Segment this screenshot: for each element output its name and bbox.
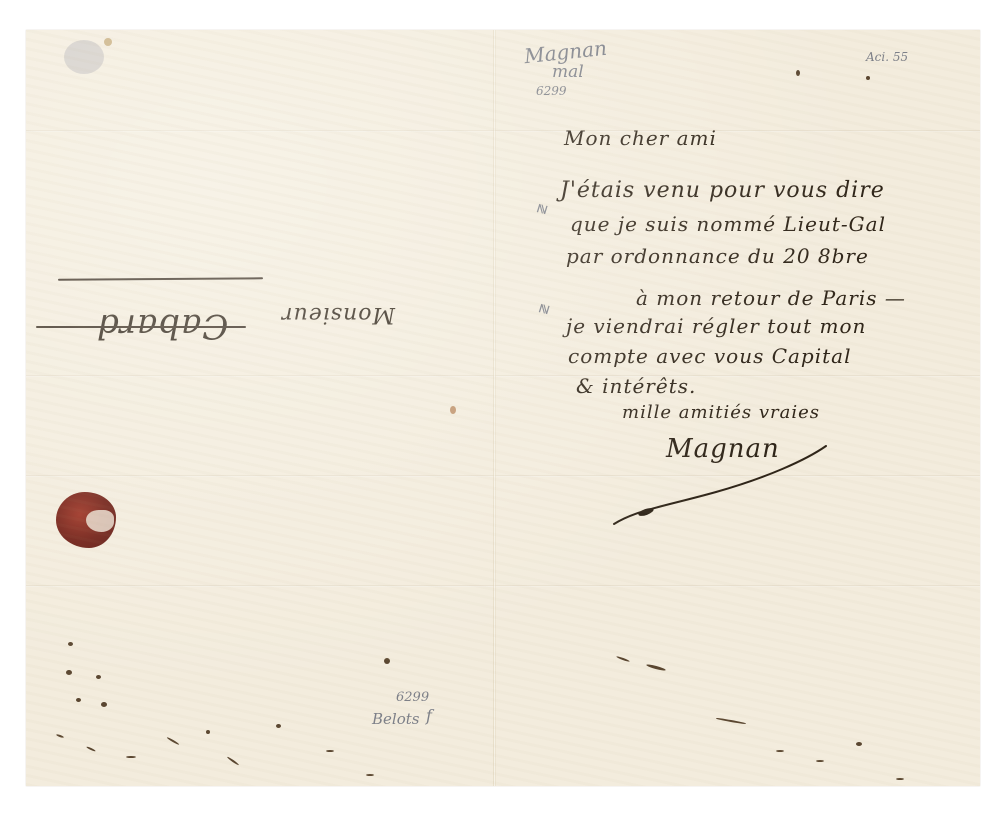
pencil-number: 6299: [536, 84, 567, 98]
ink-speck: [716, 717, 746, 724]
stain: [450, 406, 456, 414]
pencil-note: Belots: [372, 710, 419, 728]
salutation: Mon cher ami: [564, 126, 717, 150]
margin-mark: ≷: [536, 302, 552, 314]
ink-speck: [616, 656, 630, 663]
closing: mille amitiés vraies: [622, 402, 820, 423]
ink-speck: [866, 76, 870, 80]
ink-speck: [796, 70, 800, 76]
margin-mark: ≷: [534, 202, 550, 214]
address-rule: [58, 277, 263, 280]
ink-speck: [366, 774, 374, 776]
ink-speck: [68, 642, 73, 646]
letter-line-1: J'étais venu pour vous dire: [560, 178, 885, 203]
pencil-number: 6299: [396, 690, 429, 705]
ink-speck: [856, 742, 862, 746]
address-monsieur: Monsieur: [281, 302, 395, 327]
ink-speck: [646, 663, 666, 671]
ink-speck: [227, 756, 240, 766]
letter-line-6: compte avec vous Capital: [568, 344, 851, 368]
letter-line-7: & intérêts.: [576, 374, 696, 398]
ink-speck: [896, 778, 904, 780]
letter-panel: Magnan mal 6299 Aci. 55 ≷ ≷ Mon cher ami…: [496, 30, 980, 786]
ink-speck: [206, 730, 210, 734]
ink-speck: [101, 702, 107, 707]
ink-speck: [126, 756, 136, 758]
ink-speck: [76, 698, 81, 702]
corner-note: Aci. 55: [866, 50, 908, 64]
ink-speck: [326, 750, 334, 752]
ink-speck: [66, 670, 72, 675]
letter-line-5: je viendrai régler tout mon: [566, 314, 866, 338]
ink-speck: [384, 658, 390, 664]
stain: [104, 38, 112, 46]
pencil-mark: f: [426, 706, 432, 725]
letter-sheet: Monsieur Cabard 6299 Belots f Magnan mal…: [26, 30, 980, 786]
ink-speck: [96, 675, 101, 679]
ink-speck: [166, 737, 179, 746]
letter-line-2: que je suis nommé Lieut-Gal: [570, 212, 886, 236]
address-panel: Monsieur Cabard 6299 Belots f: [26, 30, 493, 786]
ink-speck: [276, 724, 281, 728]
ink-speck: [86, 746, 96, 752]
ink-speck: [816, 760, 824, 762]
letter-line-3: par ordonnance du 20 8bre: [566, 244, 869, 268]
letter-line-4: à mon retour de Paris —: [636, 286, 906, 310]
wax-seal: [56, 492, 116, 548]
pencil-subtitle: mal: [552, 62, 584, 82]
signature-flourish: [606, 440, 836, 530]
smudge: [64, 40, 104, 74]
address-underline: [36, 326, 246, 328]
ink-speck: [776, 750, 784, 752]
ink-speck: [56, 734, 64, 739]
